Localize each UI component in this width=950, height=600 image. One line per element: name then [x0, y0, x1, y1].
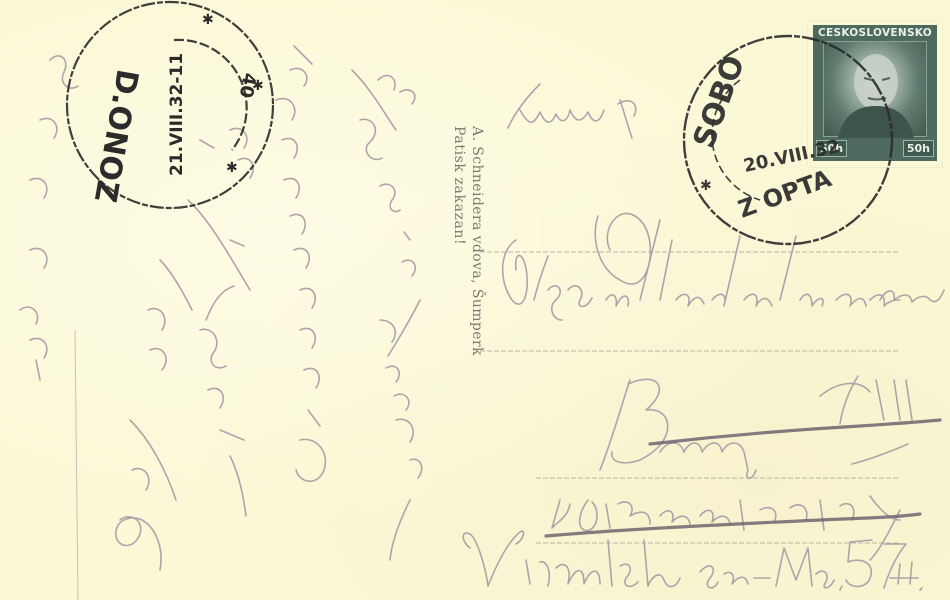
- svg-text:✱: ✱: [700, 178, 712, 194]
- postcard-back: A. Schneidera vdova, Šumperk Patisk zaka…: [0, 0, 950, 600]
- postmark-right-town-top: SOBO: [687, 51, 753, 153]
- postmark-right: SOBO Z OPTA 20.VIII.32 ✱: [0, 0, 950, 600]
